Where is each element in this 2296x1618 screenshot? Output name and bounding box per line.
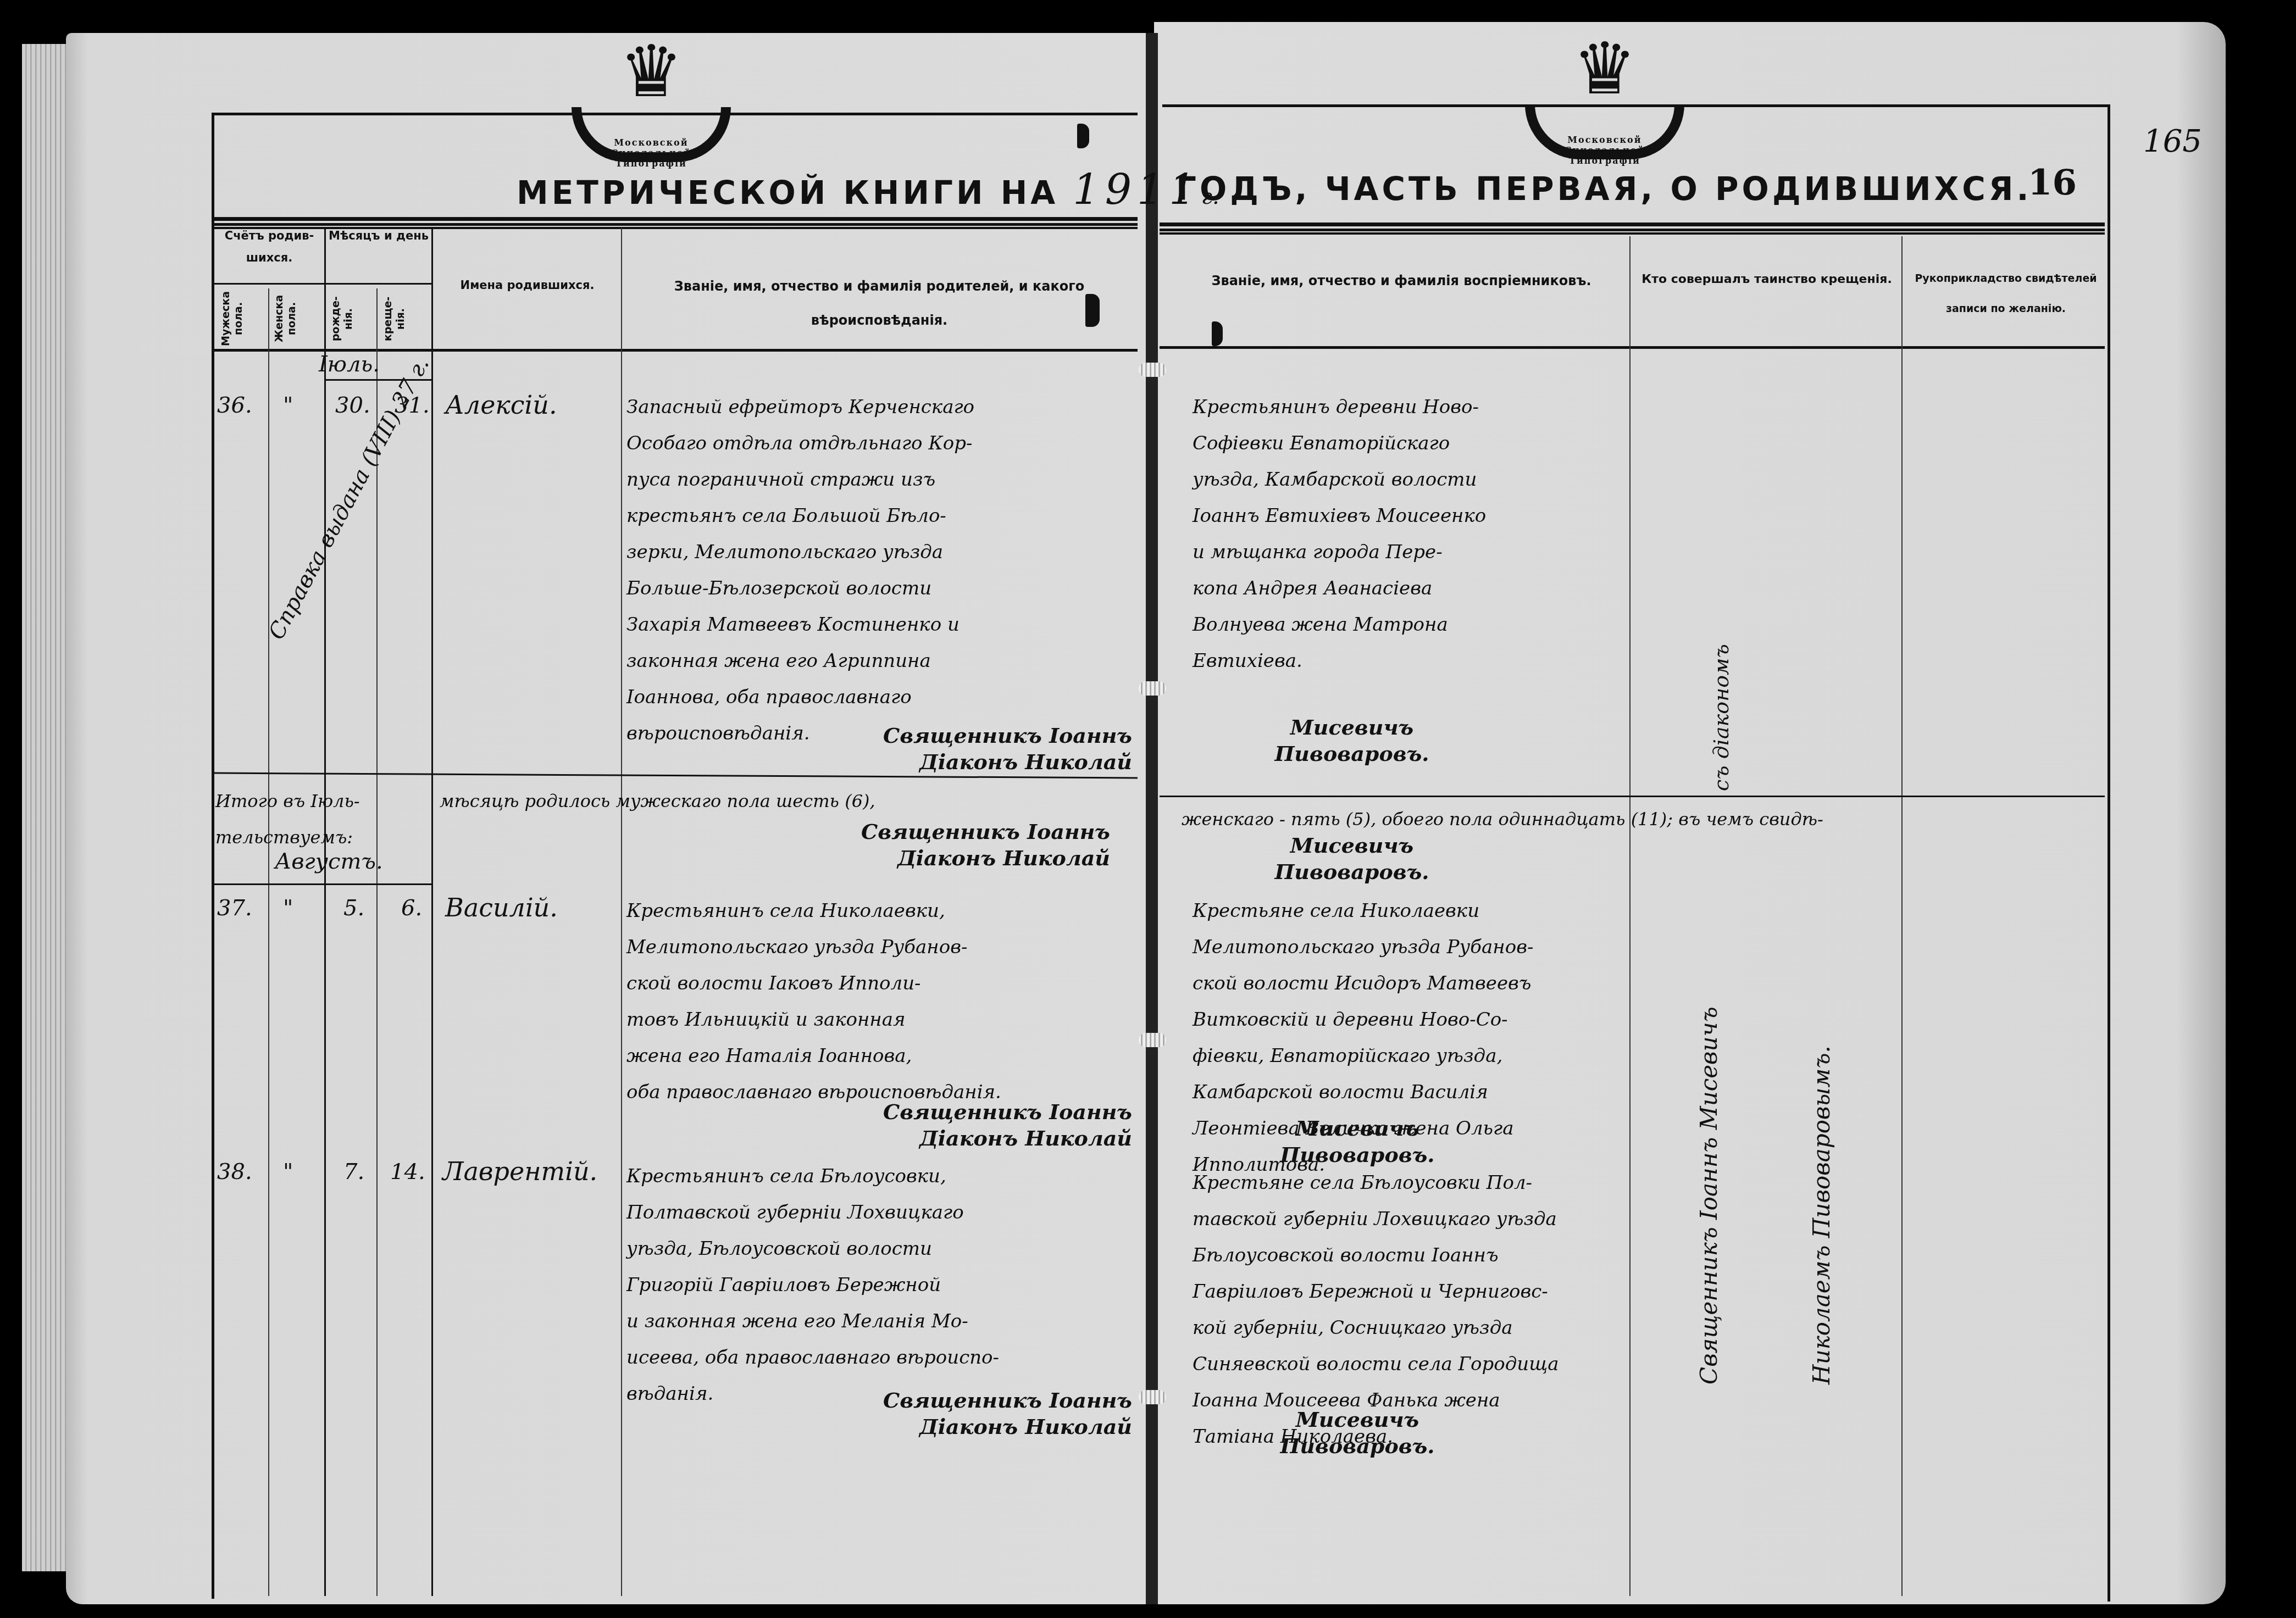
header-birth: рожде-нія. xyxy=(330,288,371,349)
birth-day: 30. xyxy=(335,393,370,418)
header-officiant: Кто совершалъ таинство крещенія. xyxy=(1635,264,1899,295)
child-name: Алексій. xyxy=(445,390,557,420)
godparents-signature: Мисевичъ Пивоваровъ. xyxy=(1264,714,1440,767)
godparents-signature: Мисевичъ Пивоваровъ. xyxy=(1269,1115,1445,1168)
double-headed-eagle-icon: ♛ xyxy=(618,25,684,118)
page-tab-mark xyxy=(1077,124,1089,148)
book-spine xyxy=(1146,33,1158,1604)
header-godparents: Званіе, имя, отчество и фамилія воспріем… xyxy=(1182,264,1621,298)
officiant-vertical-priest: Священникъ Іоаннъ Мисевичъ xyxy=(1695,890,1722,1385)
header-baptism: креще-нія. xyxy=(382,288,423,349)
birth-day: 7. xyxy=(343,1159,364,1185)
parents-text: Крестьянинъ села Николаевки, Мелитопольс… xyxy=(626,893,1138,1110)
entry-female-mark: " xyxy=(283,1159,293,1185)
officiant-vertical-deacon: Николаемъ Пивоваровымъ. xyxy=(1808,890,1835,1385)
book-title-left: МЕТРИЧЕСКОЙ КНИГИ НА 1911г. xyxy=(517,165,1219,214)
summary-text-left: мѣсяцѣ родилось мужескаго пола шесть (6)… xyxy=(440,783,1138,819)
entry-female-mark: " xyxy=(283,393,293,418)
parents-text: Запасный ефрейторъ Керченскаго Особаго о… xyxy=(626,389,1138,752)
summary-label: Итого въ Іюль- тельствуемъ: xyxy=(215,783,435,855)
month-label-august: Августъ. xyxy=(275,849,383,874)
archive-folio-number: 165 xyxy=(2143,124,2202,159)
double-headed-eagle-icon: ♛ xyxy=(1572,22,1638,115)
clergy-signature: Священникъ Іоаннъ Діаконъ Николай xyxy=(769,1099,1132,1152)
summary-witness-signature: Мисевичъ Пивоваровъ. xyxy=(1269,832,1434,885)
godparents-text: Крестьянинъ деревни Ново- Софіевки Евпат… xyxy=(1193,389,1627,679)
entry-number: 38. xyxy=(217,1159,252,1185)
book-page-edges xyxy=(22,44,71,1571)
summary-clergy-signature: Священникъ Іоаннъ Діаконъ Николай xyxy=(769,819,1110,871)
header-names: Имена родившихся. xyxy=(435,275,619,297)
book-title-right: ГОДЪ, ЧАСТЬ ПЕРВАЯ, О РОДИВШИХСЯ. xyxy=(1176,170,2032,208)
header-female: Женска пола. xyxy=(273,288,317,349)
header-witnesses: Рукоприкладство свидѣтелей записи по жел… xyxy=(1907,264,2105,324)
child-name: Лаврентій. xyxy=(442,1156,597,1186)
entry-female-mark: " xyxy=(283,896,293,921)
child-name: Василій. xyxy=(445,893,558,922)
page-tab-mark xyxy=(1212,321,1223,346)
birth-day: 5. xyxy=(343,896,364,921)
header-male: Мужеска пола. xyxy=(220,288,264,349)
godparents-signature: Мисевичъ Пивоваровъ. xyxy=(1269,1406,1445,1459)
clergy-signature: Священникъ Іоаннъ Діаконъ Николай xyxy=(769,1387,1132,1440)
entry-number: 37. xyxy=(217,896,252,921)
printed-page-number: 16 xyxy=(2028,162,2077,203)
parents-text: Крестьянинъ села Бѣлоусовки, Полтавской … xyxy=(626,1158,1138,1412)
clergy-signature: Священникъ Іоаннъ Діаконъ Николай xyxy=(769,722,1132,775)
baptism-day: 14. xyxy=(390,1159,425,1185)
officiant-text: съ діакономъ xyxy=(1709,549,1733,791)
header-count: Счётъ родив-шихся. xyxy=(215,225,323,269)
baptism-day: 6. xyxy=(401,896,422,921)
month-label-july: Іюль. xyxy=(319,352,380,377)
page-tab-mark xyxy=(1085,294,1100,327)
header-parents: Званіе, имя, отчество и фамилія родителе… xyxy=(626,269,1132,338)
entry-number: 36. xyxy=(217,393,252,418)
header-month-day: Мѣсяцъ и день xyxy=(327,225,430,247)
